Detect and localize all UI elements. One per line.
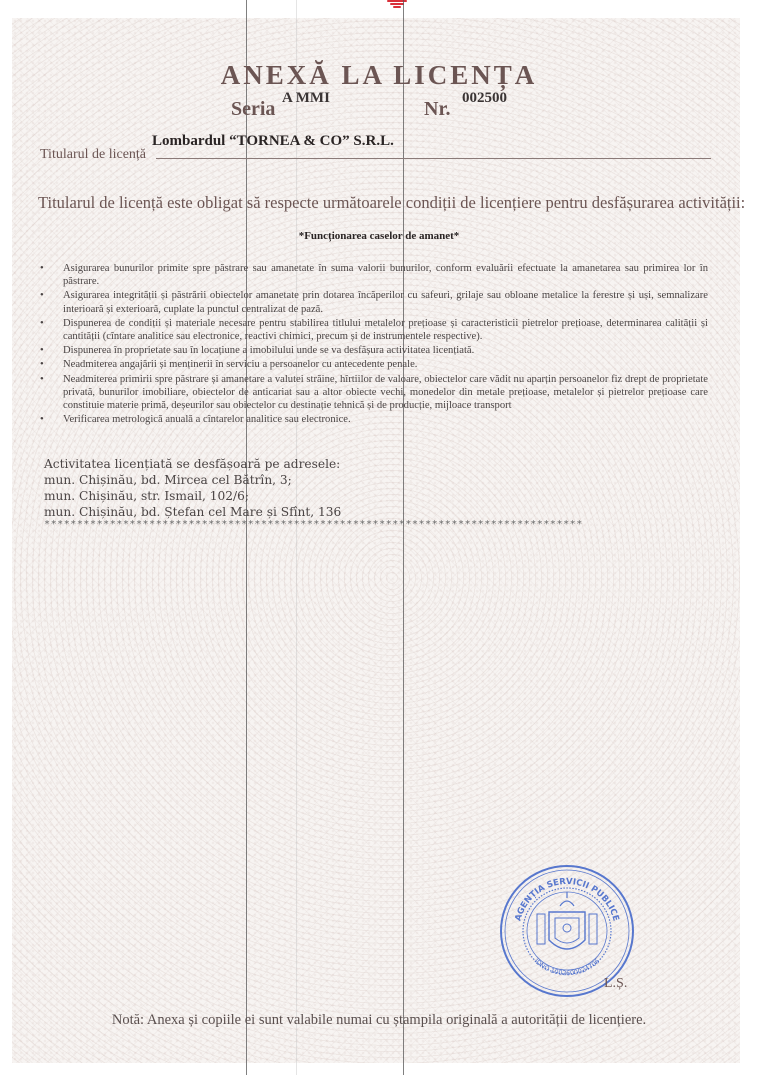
- scan-line-left: [246, 0, 247, 1075]
- address-item: mun. Chișinău, bd. Ștefan cel Mare și Sf…: [44, 504, 341, 520]
- condition-item: •Dispunerea de condiții și materiale nec…: [40, 317, 708, 343]
- svg-text:IDNO 1002600024706: IDNO 1002600024706: [533, 957, 601, 977]
- condition-item: •Verificarea metrologică anuală a cîntar…: [40, 413, 708, 426]
- footer-note: Notă: Anexa și copiile ei sunt valabile …: [0, 1012, 758, 1029]
- document-title: ANEXĂ LA LICENȚA: [0, 60, 758, 91]
- seria-value: A MMI: [282, 90, 330, 107]
- bullet-icon: •: [40, 413, 44, 426]
- address-item: mun. Chișinău, bd. Mircea cel Bătrîn, 3;: [44, 472, 341, 488]
- activity-type: *Funcționarea caselor de amanet*: [0, 230, 758, 242]
- holder-underline: [156, 158, 711, 159]
- conditions-intro: Titularul de licență este obligat să res…: [38, 193, 745, 213]
- bullet-icon: •: [40, 262, 44, 275]
- bullet-icon: •: [40, 344, 44, 357]
- scan-line-right: [403, 0, 404, 1075]
- number-value: 002500: [462, 90, 507, 107]
- condition-item: •Dispunerea în proprietate sau în locați…: [40, 344, 708, 357]
- ls-label: L.Ș.: [604, 976, 627, 992]
- license-holder-name: Lombardul “TORNEA & CO” S.R.L.: [152, 133, 394, 150]
- bullet-icon: •: [40, 289, 44, 302]
- number-label: Nr.: [424, 98, 450, 121]
- addresses-block: Activitatea licențiată se desfășoară pe …: [44, 456, 341, 520]
- address-item: mun. Chișinău, str. Ismail, 102/6;: [44, 488, 341, 504]
- addresses-heading: Activitatea licențiată se desfășoară pe …: [44, 456, 341, 472]
- svg-text:AGENȚIA SERVICII PUBLICE: AGENȚIA SERVICII PUBLICE: [513, 877, 620, 923]
- separator-stars: ****************************************…: [44, 519, 583, 530]
- bullet-icon: •: [40, 358, 44, 371]
- bullet-icon: •: [40, 373, 44, 386]
- condition-item: •Neadmiterea primirii spre păstrare și a…: [40, 373, 708, 413]
- condition-item: •Neadmiterea angajării și menținerii în …: [40, 358, 708, 371]
- bullet-icon: •: [40, 317, 44, 330]
- condition-item: •Asigurarea integrității și păstrării ob…: [40, 289, 708, 315]
- seria-label: Seria: [231, 98, 275, 121]
- condition-item: •Asigurarea bunurilor primite spre păstr…: [40, 262, 708, 288]
- license-holder-label: Titularul de licență: [40, 147, 146, 163]
- hole-punch-mark-icon: [387, 0, 407, 9]
- conditions-list: •Asigurarea bunurilor primite spre păstr…: [40, 262, 708, 427]
- fold-line: [296, 0, 297, 1075]
